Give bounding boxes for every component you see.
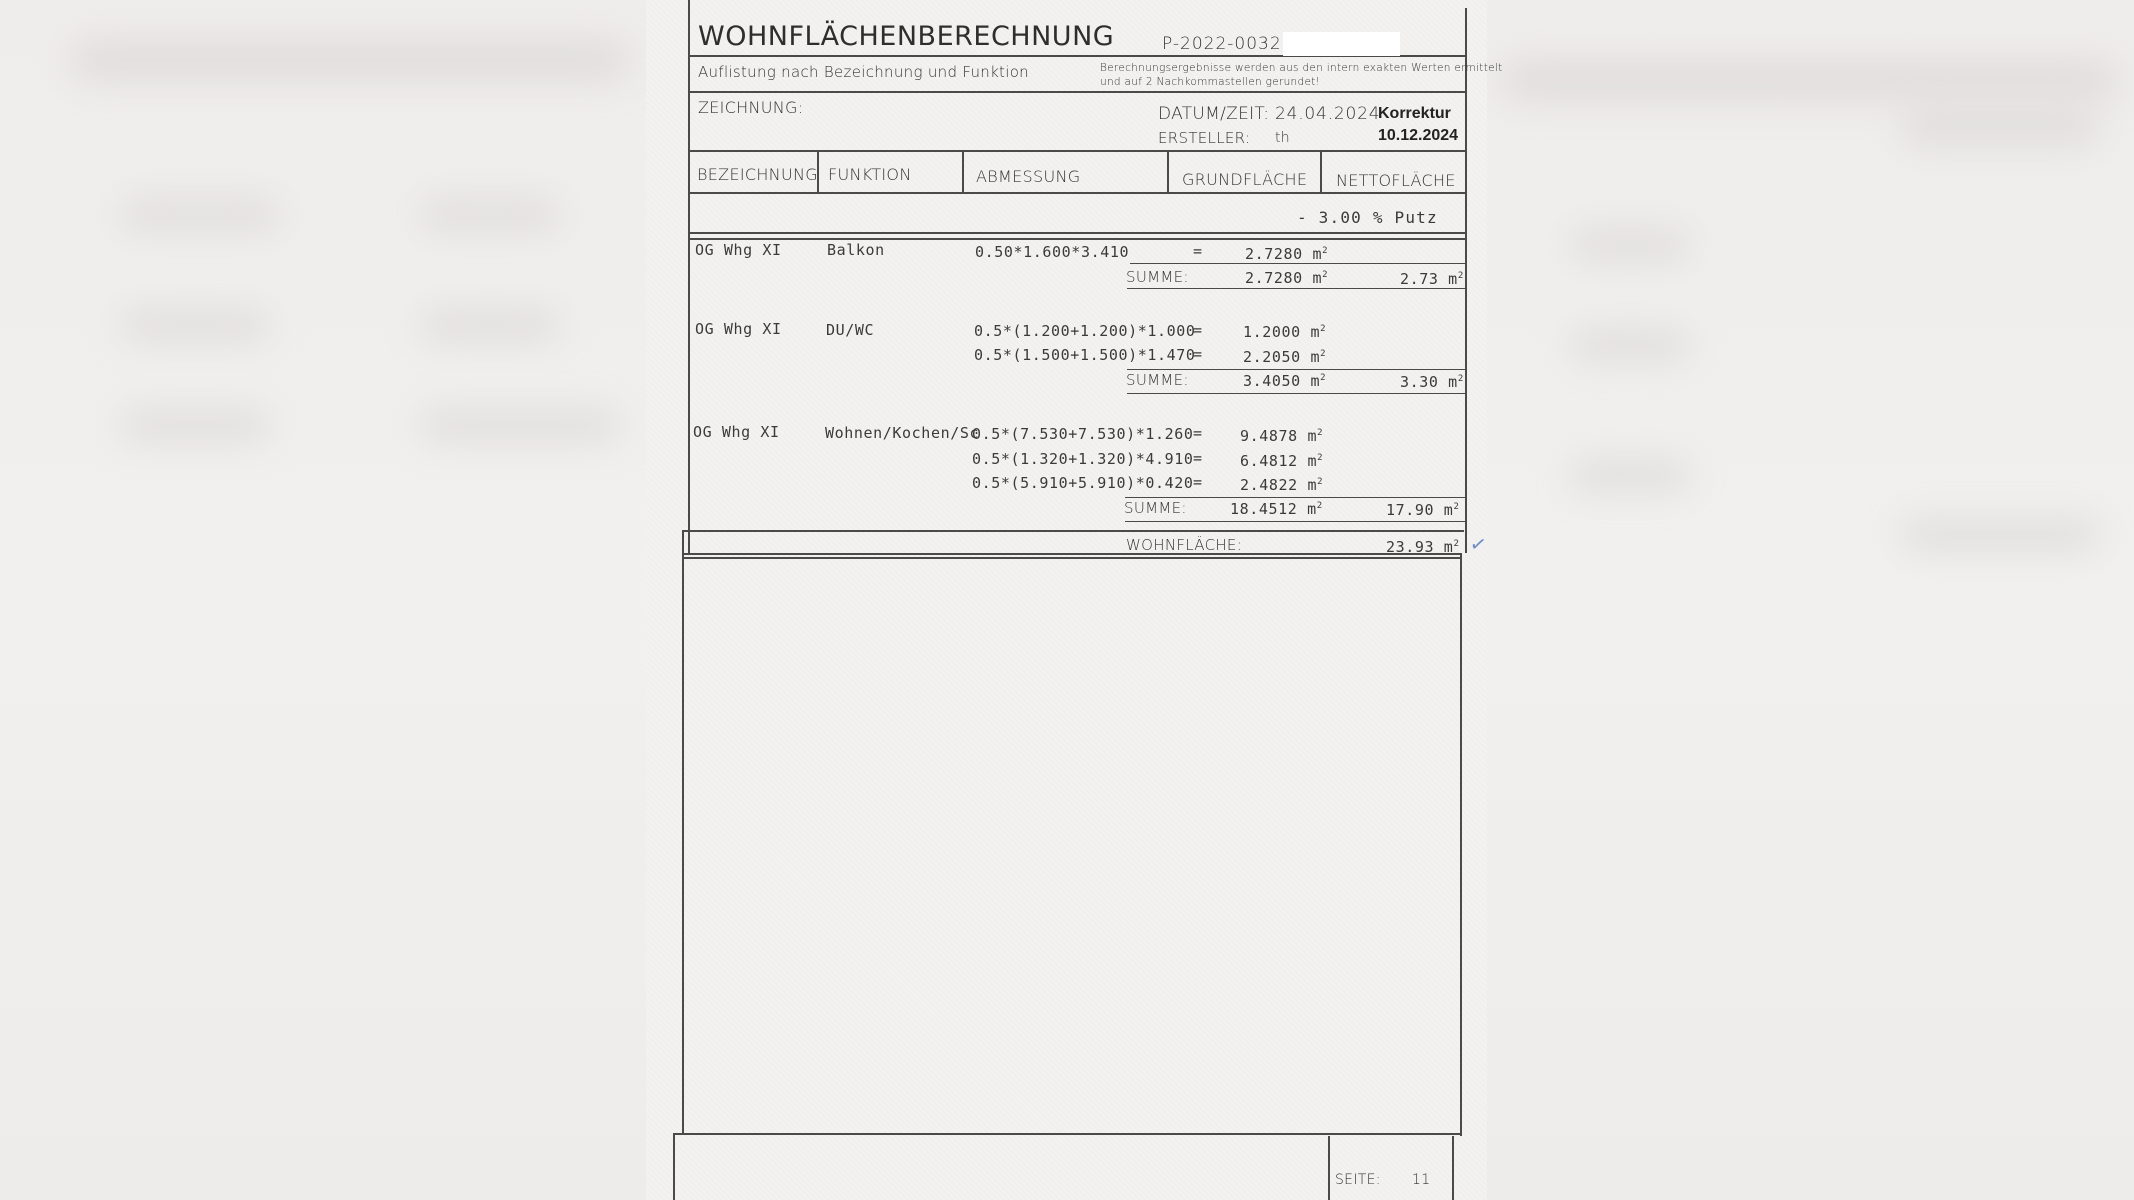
- col-divider: [1328, 1136, 1330, 1200]
- blur-shape: [1900, 110, 2100, 145]
- rule: [688, 238, 1465, 240]
- sum-label: SUMME:: [1126, 371, 1189, 389]
- dimension: 0.5*(1.200+1.200)*1.000: [974, 322, 1196, 340]
- frame-left-lower: [682, 530, 684, 1133]
- document-title: WOHNFLÄCHENBERECHNUNG: [698, 21, 1114, 52]
- gross-area-value: 2.2050 m2: [1243, 348, 1326, 366]
- correction-date: 10.12.2024: [1378, 127, 1458, 145]
- designation: OG Whg XI: [695, 320, 782, 338]
- blur-shape: [420, 410, 620, 440]
- blur-shape: [1570, 230, 1690, 260]
- rule: [682, 557, 1462, 559]
- equals-sign: =: [1193, 473, 1203, 491]
- rule: [1127, 288, 1465, 289]
- author-label: ERSTELLER:: [1158, 129, 1250, 147]
- blur-shape: [120, 410, 270, 440]
- dimension: 0.5*(5.910+5.910)*0.420: [972, 474, 1194, 492]
- frame-right: [1465, 8, 1467, 553]
- dimension: 0.5*(1.500+1.500)*1.470: [974, 346, 1196, 364]
- dimension: 0.50*1.600*3.410: [975, 243, 1129, 261]
- sum-net: 2.73 m2: [1400, 270, 1464, 288]
- drawing-label: ZEICHNUNG:: [698, 98, 803, 117]
- gross-area-value: 2.4822 m2: [1240, 476, 1323, 494]
- equals-sign: =: [1193, 242, 1203, 260]
- gross-area-value: 9.4878 m2: [1240, 427, 1323, 445]
- sum-net: 17.90 m2: [1386, 501, 1459, 519]
- page-label: SEITE:: [1335, 1172, 1381, 1188]
- rule: [1125, 521, 1465, 522]
- sum-net: 3.30 m2: [1400, 373, 1464, 391]
- blur-shape: [120, 310, 270, 340]
- frame-right-lower: [1460, 553, 1462, 1136]
- rule: [1127, 369, 1465, 370]
- frame-left-footer: [673, 1133, 675, 1200]
- blur-shape: [1900, 520, 2100, 550]
- rule: [1130, 263, 1465, 264]
- sum-gross: 18.4512 m2: [1230, 500, 1323, 518]
- sum-label: SUMME:: [1124, 499, 1187, 517]
- col-divider: [962, 150, 964, 192]
- date-value: 24.04.2024: [1275, 104, 1380, 124]
- blur-shape: [70, 40, 630, 80]
- designation: OG Whg XI: [695, 241, 782, 259]
- sum-gross: 3.4050 m2: [1243, 372, 1326, 390]
- rule: [688, 91, 1465, 93]
- frame-left: [688, 0, 690, 555]
- total-value: 23.93 m2: [1386, 538, 1459, 556]
- function: Wohnen/Kochen/Sc: [825, 424, 979, 442]
- blur-shape: [1500, 60, 2120, 100]
- blur-shape: [420, 310, 560, 340]
- column-header-function: FUNKTION: [828, 165, 912, 184]
- project-number: P-2022-0032: [1162, 34, 1282, 54]
- date-label: DATUM/ZEIT:: [1158, 104, 1269, 124]
- rounding-note-line2: und auf 2 Nachkommastellen gerundet!: [1100, 75, 1320, 89]
- column-header-net-area: NETTOFLÄCHE: [1336, 171, 1456, 190]
- blur-shape: [1570, 460, 1690, 490]
- blur-shape: [1570, 330, 1690, 360]
- dimension: 0.5*(7.530+7.530)*1.260: [972, 425, 1194, 443]
- frame-right-footer: [1452, 1136, 1454, 1200]
- rule: [688, 150, 1465, 152]
- equals-sign: =: [1193, 424, 1203, 442]
- column-header-gross-area: GRUNDFLÄCHE: [1182, 170, 1307, 189]
- rounding-note-line1: Berechnungsergebnisse werden aus den int…: [1100, 61, 1503, 75]
- rule: [688, 192, 1465, 194]
- gross-area-value: 6.4812 m2: [1240, 452, 1323, 470]
- redaction-box: [1283, 32, 1400, 56]
- rule: [688, 232, 1465, 234]
- sum-label: SUMME:: [1126, 268, 1189, 286]
- document-subtitle: Auflistung nach Bezeichnung und Funktion: [698, 63, 1029, 81]
- equals-sign: =: [1193, 321, 1203, 339]
- gross-area-value: 2.7280 m2: [1245, 245, 1328, 263]
- function: DU/WC: [826, 321, 874, 339]
- plaster-deduction: - 3.00 % Putz: [1297, 208, 1438, 227]
- equals-sign: =: [1193, 345, 1203, 363]
- col-divider: [1320, 152, 1322, 194]
- author-value: th: [1275, 130, 1290, 146]
- total-label: WOHNFLÄCHE:: [1126, 536, 1242, 554]
- rule: [673, 1133, 1460, 1135]
- dimension: 0.5*(1.320+1.320)*4.910: [972, 450, 1194, 468]
- rule: [1125, 497, 1465, 498]
- equals-sign: =: [1193, 449, 1203, 467]
- column-header-designation: BEZEICHNUNG: [697, 165, 818, 184]
- rule: [682, 553, 1462, 555]
- rule: [1127, 393, 1465, 394]
- col-divider: [1167, 152, 1169, 194]
- blur-shape: [420, 200, 560, 230]
- function: Balkon: [827, 241, 885, 259]
- blur-shape: [120, 200, 280, 230]
- page-number: 11: [1412, 1172, 1430, 1188]
- rule: [684, 530, 1464, 532]
- designation: OG Whg XI: [693, 423, 780, 441]
- sum-gross: 2.7280 m2: [1245, 269, 1328, 287]
- column-header-dimension: ABMESSUNG: [976, 167, 1080, 186]
- gross-area-value: 1.2000 m2: [1243, 323, 1326, 341]
- correction-label: Korrektur: [1378, 105, 1451, 123]
